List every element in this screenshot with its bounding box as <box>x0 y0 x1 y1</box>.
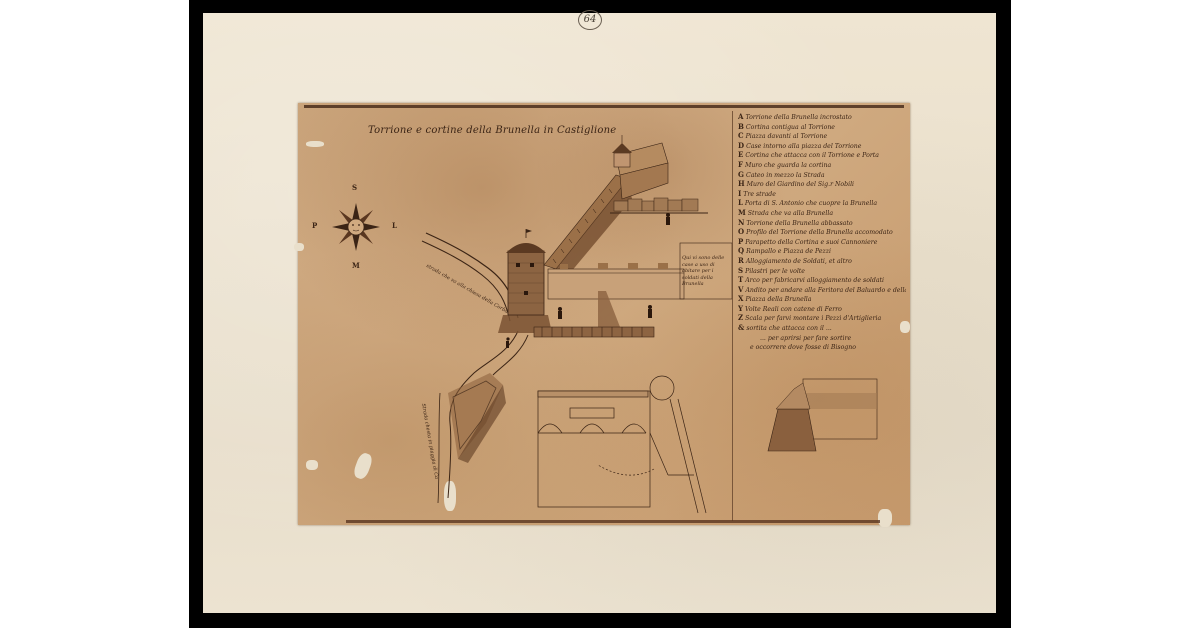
compass-rose <box>332 203 380 251</box>
legend-row: OProfilo del Torrione della Brunella acc… <box>738 228 906 238</box>
wall-E <box>544 175 632 285</box>
legend: ATorrione della Brunella incrostato BCor… <box>738 113 906 353</box>
tower-A <box>498 229 552 333</box>
note-D: Qui vi sono delle case a uso di abitare … <box>682 255 728 288</box>
legend-row: RAlloggiamento de Soldati, et altro <box>738 257 906 267</box>
compass-label-top: S <box>352 183 357 192</box>
legend-row: ZScala per farvi montare i Pezzi d'Artig… <box>738 314 906 324</box>
legend-row: ITre strade <box>738 190 906 200</box>
bastion-L <box>448 373 506 463</box>
legend-row: NTorrione della Brunella abbassato <box>738 219 906 229</box>
legend-row: MStrada che va alla Brunella <box>738 209 906 219</box>
compass-label-left: P <box>312 221 317 230</box>
legend-row: DCase intorno alla piazza del Torrione <box>738 142 906 152</box>
legend-row: HMuro del Giardino del Sig.r Nobili <box>738 180 906 190</box>
legend-row: SPilastri per le volte <box>738 267 906 277</box>
legend-row: PParapetto della Cortina e suoi Cannonie… <box>738 238 906 248</box>
compass-label-right: L <box>392 221 397 230</box>
legend-row: XPiazza della Brunella <box>738 295 906 305</box>
legend-row: e occorrere dove fosse di Bisogno <box>738 343 906 353</box>
legend-row: CPiazza davanti al Torrione <box>738 132 906 142</box>
legend-row: TArco per fabricarvi alloggiamento de so… <box>738 276 906 286</box>
legend-row: ATorrione della Brunella incrostato <box>738 113 906 123</box>
legend-row: ECortina che attacca con il Torrione e P… <box>738 151 906 161</box>
legend-row: VAndito per andare alla Feritora del Bal… <box>738 286 906 296</box>
legend-row: QRampallo e Piazza de Pezzi <box>738 247 906 257</box>
map-sheet: Torrione e cortine della Brunella in Cas… <box>298 103 910 525</box>
legend-row: BCortina contigua al Torrione <box>738 123 906 133</box>
profile-N <box>768 379 877 451</box>
legend-row: LPorta di S. Antonio che cuopre la Brune… <box>738 199 906 209</box>
compass-label-bottom: M <box>352 261 360 270</box>
palisade <box>534 327 654 337</box>
legend-divider <box>732 111 733 521</box>
legend-row: FMuro che guarda la cortina <box>738 161 906 171</box>
floor-plan <box>538 376 706 513</box>
legend-row: ... per aprirsi per fare sortire <box>738 334 906 344</box>
legend-row: GCateo in mezzo la Strada <box>738 171 906 181</box>
folio-number: 64 <box>578 10 602 30</box>
legend-row: YVolte Reali con catene di Ferro <box>738 305 906 315</box>
legend-row: &sortita che attacca con il ... <box>738 324 906 334</box>
